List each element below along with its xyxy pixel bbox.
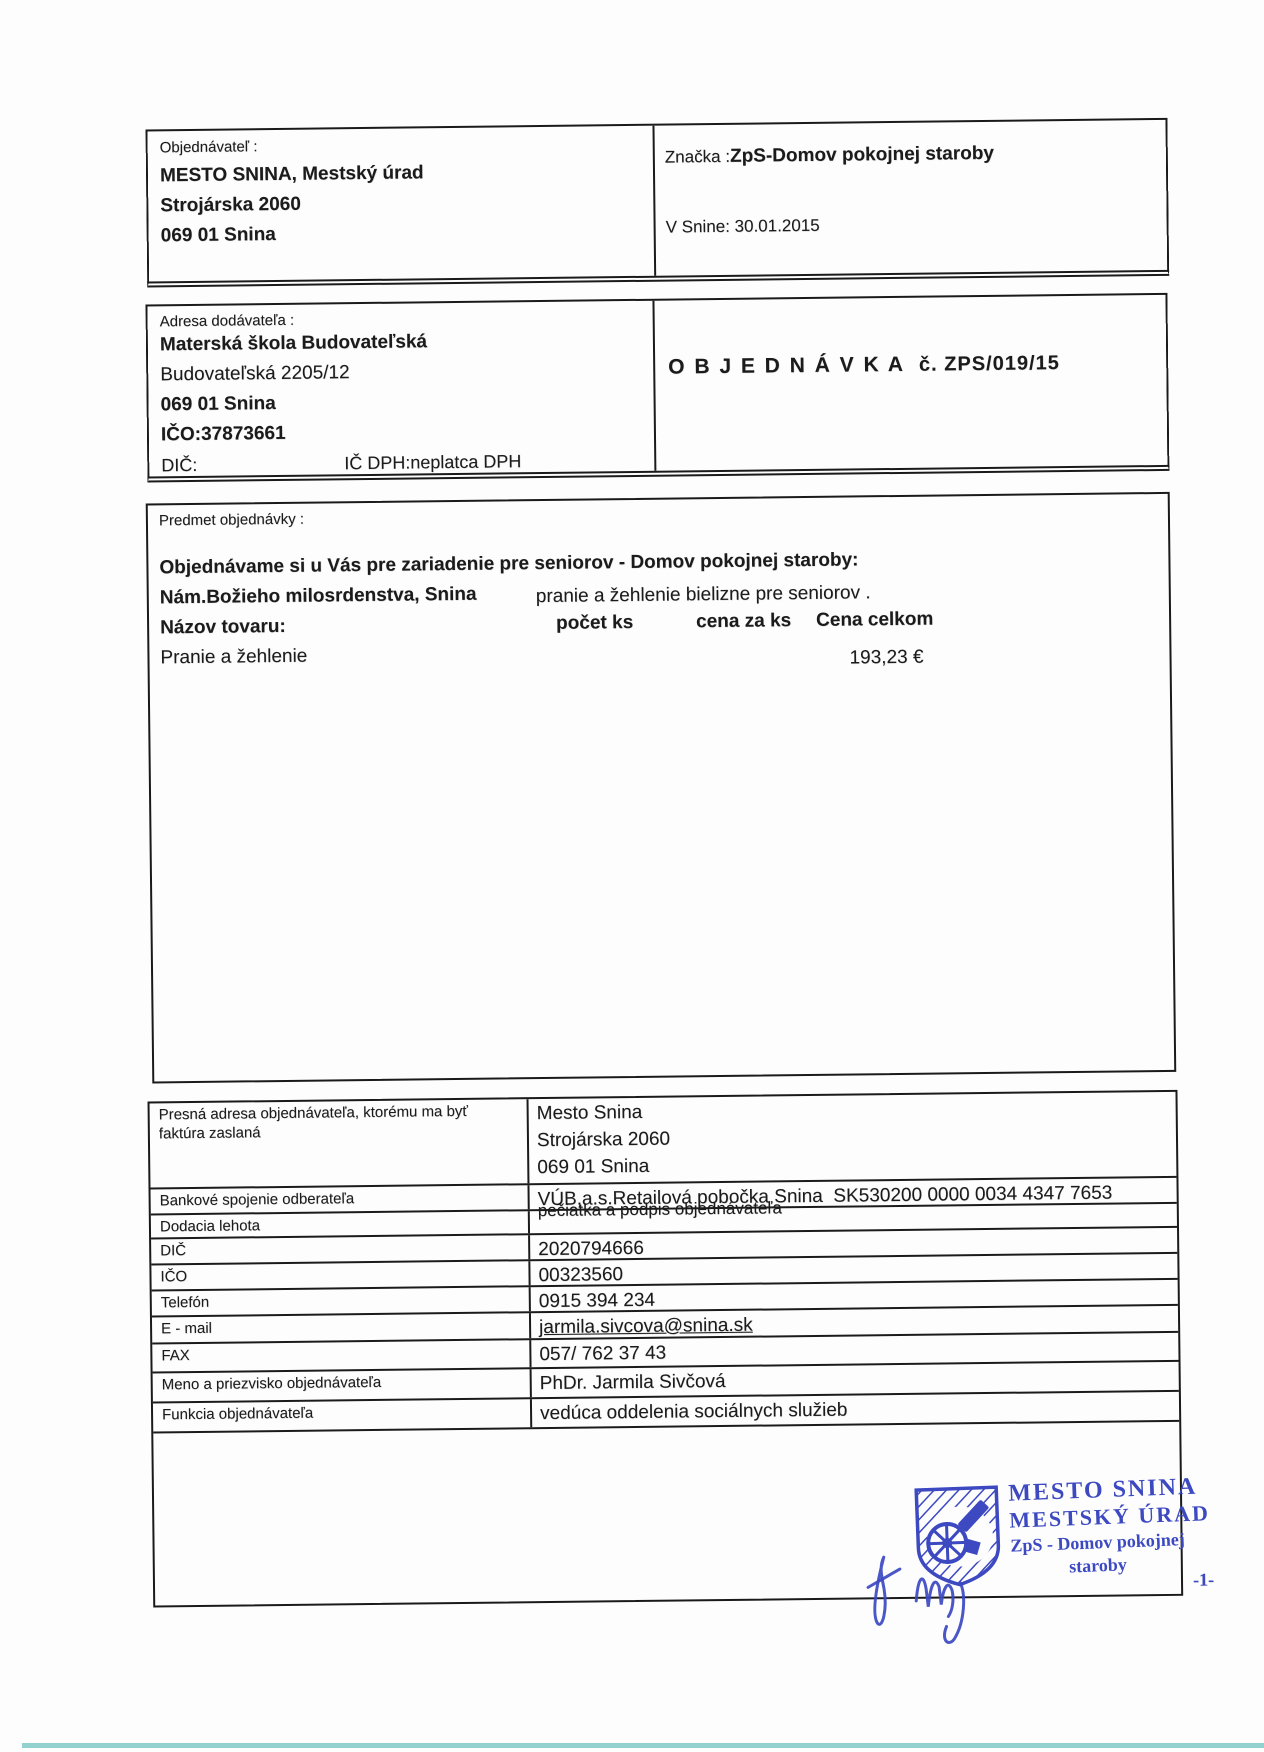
row-value: PhDr. Jarmila Sivčová bbox=[540, 1363, 1173, 1397]
table-row: Presná adresa objednávateľa, ktorému ma … bbox=[150, 1092, 1177, 1190]
item-total-price: 193,23 € bbox=[849, 647, 923, 670]
signature bbox=[860, 1542, 1031, 1654]
reference-line: Značka :ZpS-Domov pokojnej staroby bbox=[665, 143, 994, 169]
row-label: Funkcia objednávateľa bbox=[162, 1401, 522, 1424]
scanned-order-document: Objednávateľ : MESTO SNINA, Mestský úrad… bbox=[0, 0, 1264, 1752]
supplier-dic-label: DIČ: bbox=[161, 455, 197, 475]
qty-header: počet ks bbox=[556, 612, 633, 635]
orderer-line: 069 01 Snina bbox=[161, 216, 637, 251]
row-label: E - mail bbox=[161, 1315, 521, 1338]
orderer-label: Objednávateľ : bbox=[160, 134, 636, 156]
details-rows: Presná adresa objednávateľa, ktorému ma … bbox=[150, 1092, 1180, 1434]
scanner-artifact-line bbox=[22, 1743, 1264, 1748]
orderer-reference: Značka :ZpS-Domov pokojnej staroby V Sni… bbox=[664, 120, 1161, 126]
row-label: Bankové spojenie odberateľa bbox=[160, 1187, 520, 1210]
stamp-line: staroby bbox=[1069, 1550, 1212, 1578]
row-value: vedúca oddelenia sociálnych služieb bbox=[540, 1393, 1173, 1427]
unit-price-header: cena za ks bbox=[696, 610, 791, 633]
place-date: V Snine: 30.01.2015 bbox=[666, 216, 820, 238]
page-number: -1- bbox=[1193, 1569, 1214, 1590]
stamp-text: MESTO SNINA MESTSKÝ ÚRAD ZpS - Domov pok… bbox=[1008, 1473, 1212, 1580]
supplier-tax-row: DIČ:IČ DPH:neplatca DPH bbox=[161, 445, 637, 480]
item-name-header: Názov tovaru: bbox=[160, 616, 286, 639]
supplier-address: Adresa dodávateľa : Materská škola Budov… bbox=[160, 308, 638, 480]
order-number: č. ZPS/019/15 bbox=[919, 352, 1060, 376]
row-label: Dodacia lehota bbox=[160, 1213, 520, 1236]
column-divider bbox=[652, 126, 656, 276]
order-subject-box: Predmet objednávky : Objednávame si u Vá… bbox=[146, 492, 1177, 1084]
row-label: Telefón bbox=[161, 1289, 521, 1312]
orderer-box: Objednávateľ : MESTO SNINA, Mestský úrad… bbox=[145, 118, 1169, 288]
order-title: O B J E D N Á V K A bbox=[668, 353, 905, 379]
orderer-address: Objednávateľ : MESTO SNINA, Mestský úrad… bbox=[160, 134, 637, 251]
row-label: IČO bbox=[160, 1263, 520, 1286]
subject-intro: Objednávame si u Vás pre zariadenie pre … bbox=[159, 549, 858, 579]
subject-label: Predmet objednávky : bbox=[159, 511, 304, 530]
order-number-heading: O B J E D N Á V K Ač. ZPS/019/15 bbox=[668, 351, 1060, 379]
subject-service: pranie a žehlenie bielizne pre seniorov … bbox=[536, 582, 871, 608]
total-price-header: Cena celkom bbox=[816, 609, 933, 632]
subject-place: Nám.Božieho milosrdenstva, Snina bbox=[160, 584, 477, 610]
row-label: DIČ bbox=[160, 1237, 520, 1260]
item-name: Pranie a žehlenie bbox=[160, 646, 307, 670]
orderer-details-table: Presná adresa objednávateľa, ktorému ma … bbox=[148, 1090, 1184, 1608]
column-divider bbox=[652, 301, 656, 471]
row-value: Mesto SninaStrojárska 2060069 01 Snina bbox=[537, 1093, 1171, 1181]
row-label: Meno a priezvisko objednávateľa bbox=[162, 1371, 522, 1394]
row-label: FAX bbox=[161, 1342, 521, 1365]
reference-value: ZpS-Domov pokojnej staroby bbox=[730, 143, 994, 167]
reference-label: Značka : bbox=[665, 147, 730, 167]
stamp-caption: pečiatka a podpis objednávateľa bbox=[538, 1198, 782, 1221]
row-label: Presná adresa objednávateľa, ktorému ma … bbox=[159, 1101, 519, 1143]
supplier-dph: IČ DPH:neplatca DPH bbox=[344, 446, 521, 478]
supplier-box: Adresa dodávateľa : Materská škola Budov… bbox=[145, 293, 1169, 483]
